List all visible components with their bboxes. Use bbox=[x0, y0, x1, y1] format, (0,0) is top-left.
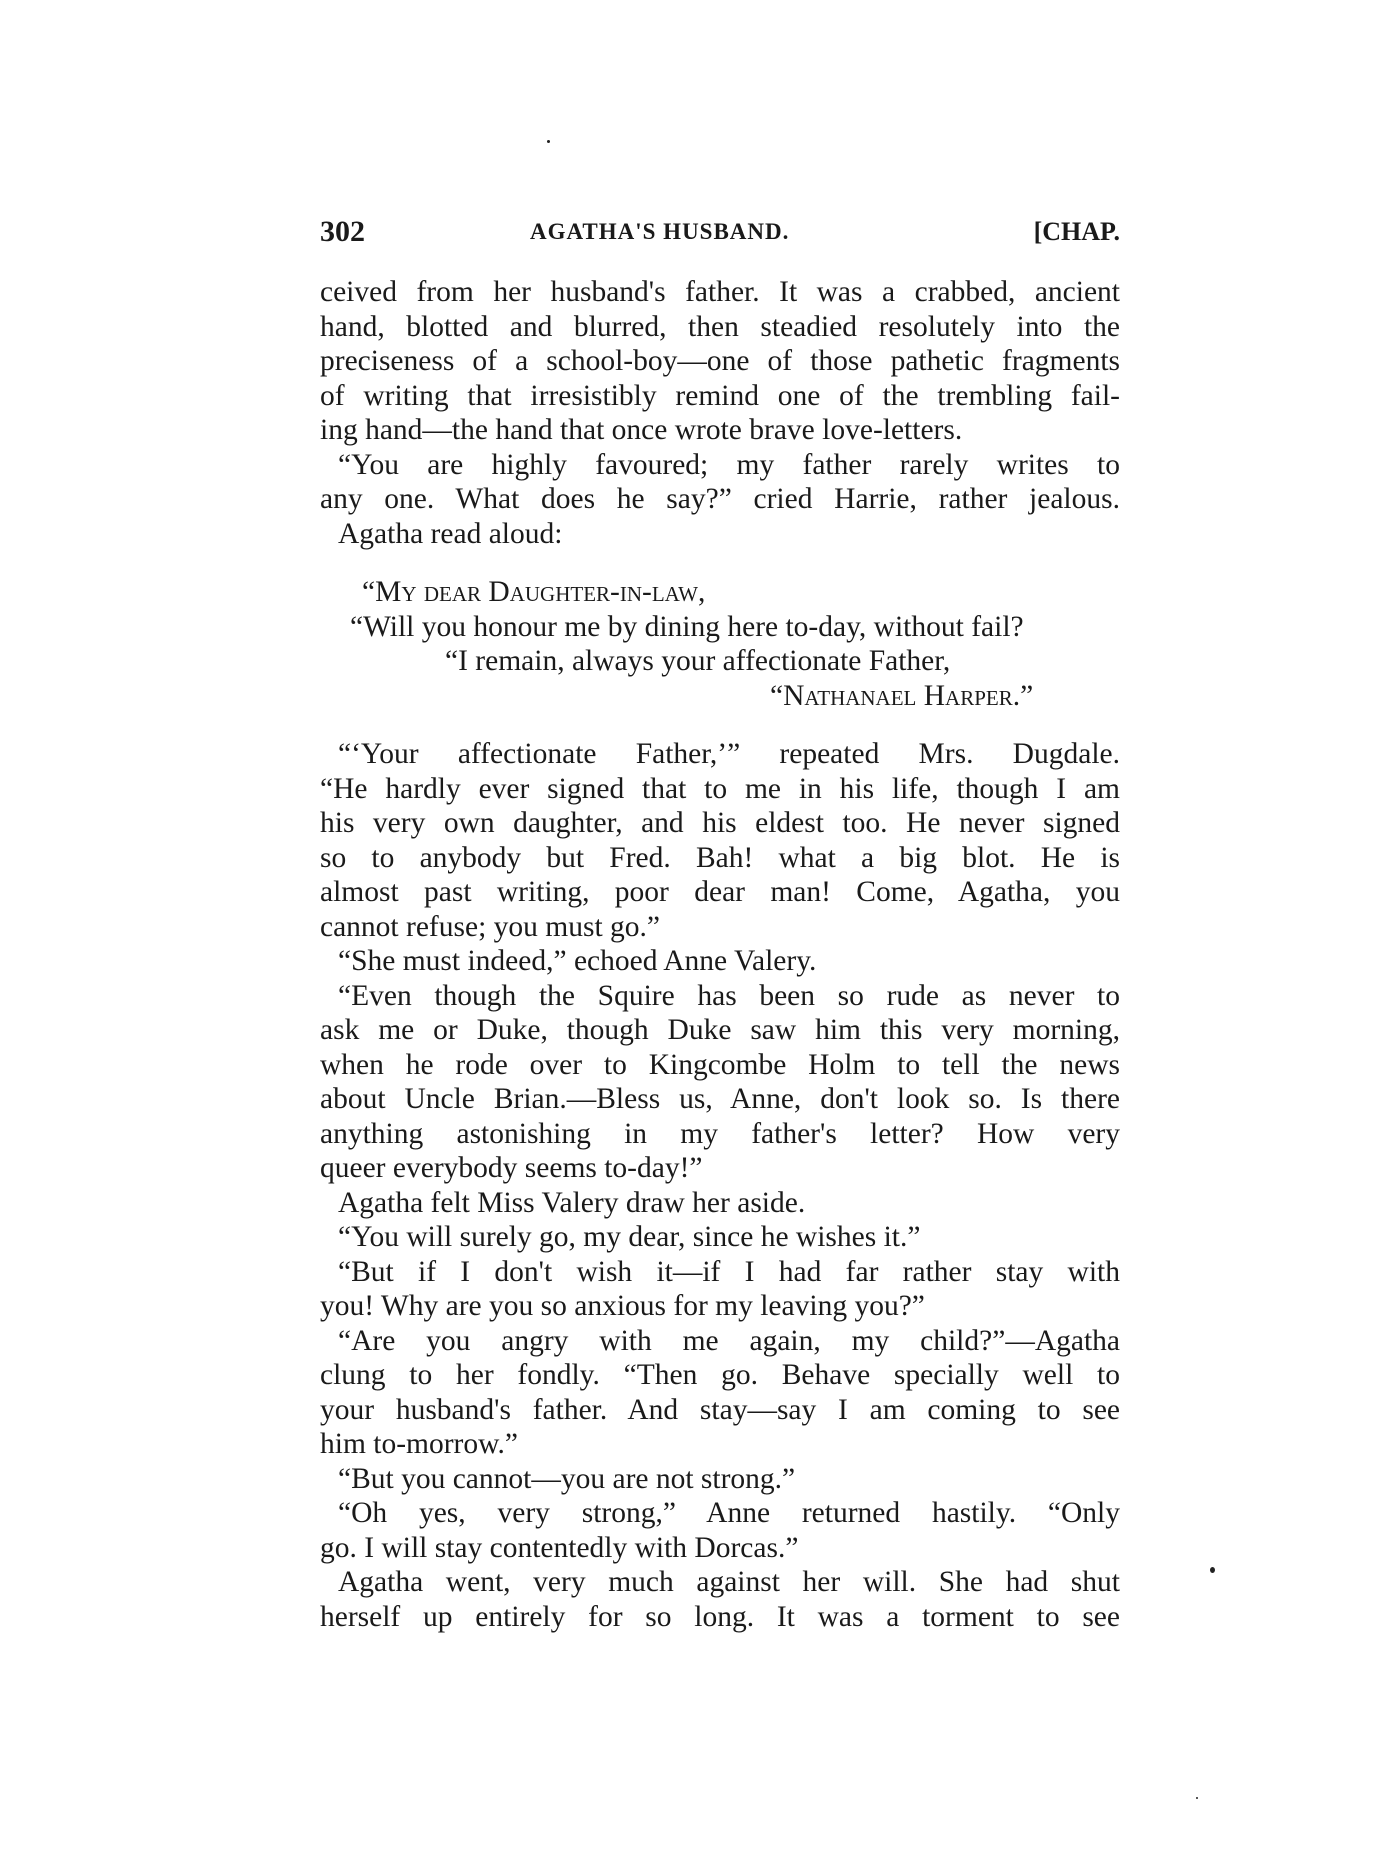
text-line: your husband's father. And stay—say I am… bbox=[320, 1393, 1120, 1428]
text-line: “‘Your affectionate Father,’” repeated M… bbox=[320, 737, 1120, 772]
text-line: Agatha read aloud: bbox=[320, 517, 1120, 552]
text-line: when he rode over to Kingcombe Holm to t… bbox=[320, 1048, 1120, 1083]
text-line: him to-morrow.” bbox=[320, 1427, 1120, 1462]
text-line: “She must indeed,” echoed Anne Valery. bbox=[320, 944, 1120, 979]
text-line: ing hand—the hand that once wrote brave … bbox=[320, 413, 1120, 448]
text-line: of writing that irresistibly remind one … bbox=[320, 379, 1120, 414]
scan-speck bbox=[1210, 1567, 1215, 1573]
text-line: about Uncle Brian.—Bless us, Anne, don't… bbox=[320, 1082, 1120, 1117]
text-line: Agatha felt Miss Valery draw her aside. bbox=[320, 1186, 1120, 1221]
text-line: Agatha went, very much against her will.… bbox=[320, 1565, 1120, 1600]
text-line: “But you cannot—you are not strong.” bbox=[320, 1462, 1120, 1497]
text-line: clung to her fondly. “Then go. Behave sp… bbox=[320, 1358, 1120, 1393]
text-line: “You will surely go, my dear, since he w… bbox=[320, 1220, 1120, 1255]
page-number: 302 bbox=[320, 215, 365, 249]
text-line: almost past writing, poor dear man! Come… bbox=[320, 875, 1120, 910]
letter-body: “Will you honour me by dining here to-da… bbox=[320, 610, 1120, 645]
text-line: so to anybody but Fred. Bah! what a big … bbox=[320, 841, 1120, 876]
text-line: ceived from her husband's father. It was… bbox=[320, 275, 1120, 310]
text-line: “But if I don't wish it—if I had far rat… bbox=[320, 1255, 1120, 1290]
text-line: “He hardly ever signed that to me in his… bbox=[320, 772, 1120, 807]
text-line: you! Why are you so anxious for my leavi… bbox=[320, 1289, 1120, 1324]
text-line: cannot refuse; you must go.” bbox=[320, 910, 1120, 945]
text-line: his very own daughter, and his eldest to… bbox=[320, 806, 1120, 841]
text-line: go. I will stay contentedly with Dorcas.… bbox=[320, 1531, 1120, 1566]
scan-speck bbox=[547, 140, 550, 143]
scan-speck bbox=[1196, 1797, 1198, 1799]
letter-closing: “I remain, always your affectionate Fath… bbox=[320, 644, 1120, 679]
text-line: “Even though the Squire has been so rude… bbox=[320, 979, 1120, 1014]
book-page: 302 AGATHA'S HUSBAND. [CHAP. ceived from… bbox=[0, 0, 1400, 1850]
text-line: queer everybody seems to-day!” bbox=[320, 1151, 1120, 1186]
chapter-marker: [CHAP. bbox=[1034, 217, 1120, 247]
text-line: “You are highly favoured; my father rare… bbox=[320, 448, 1120, 483]
running-title: AGATHA'S HUSBAND. bbox=[530, 219, 789, 245]
text-line: “Are you angry with me again, my child?”… bbox=[320, 1324, 1120, 1359]
running-header: 302 AGATHA'S HUSBAND. [CHAP. bbox=[320, 215, 1120, 255]
letter-salutation: “My dear Daughter-in-law, bbox=[320, 575, 1120, 610]
text-line: “Oh yes, very strong,” Anne returned has… bbox=[320, 1496, 1120, 1531]
text-line: anything astonishing in my father's lett… bbox=[320, 1117, 1120, 1152]
page-body: ceived from her husband's father. It was… bbox=[320, 275, 1120, 1634]
text-line: preciseness of a school-boy—one of those… bbox=[320, 344, 1120, 379]
text-line: any one. What does he say?” cried Harrie… bbox=[320, 482, 1120, 517]
text-line: ask me or Duke, though Duke saw him this… bbox=[320, 1013, 1120, 1048]
text-line: herself up entirely for so long. It was … bbox=[320, 1600, 1120, 1635]
text-line: hand, blotted and blurred, then steadied… bbox=[320, 310, 1120, 345]
letter-signature: “Nathanael Harper.” bbox=[320, 679, 1120, 714]
